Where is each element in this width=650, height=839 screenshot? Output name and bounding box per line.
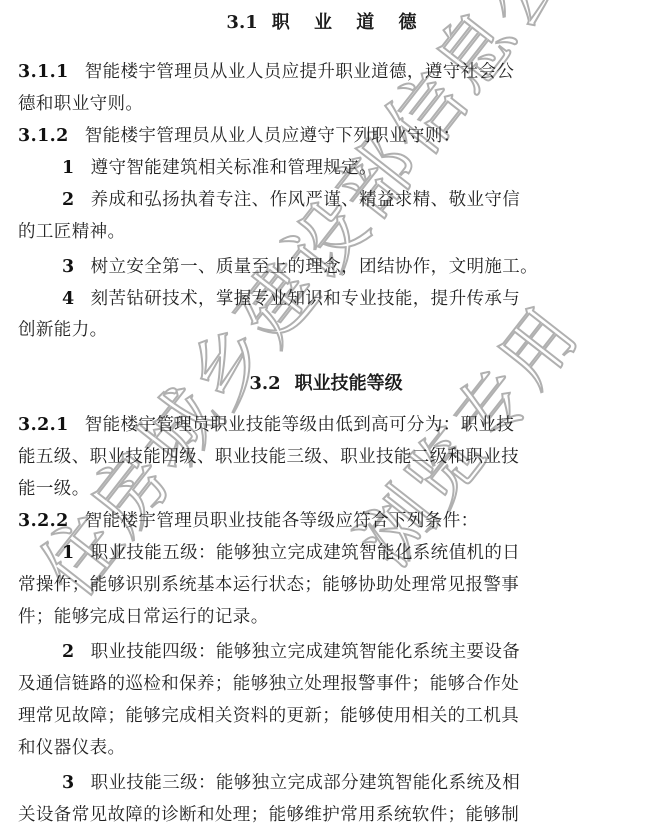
list-item: 4刻苦钻研技术，掌握专业知识和专业技能，提升传承与 <box>62 284 634 314</box>
clause-text: 能一级。 <box>18 479 90 499</box>
item-text: 刻苦钻研技术，掌握专业知识和专业技能，提升传承与 <box>91 289 521 309</box>
item-text: 的工匠精神。 <box>18 222 125 242</box>
item-text: 关设备常见故障的诊断和处理；能够维护常用系统软件；能够制 <box>18 805 519 825</box>
item-text: 常操作；能够识别系统基本运行状态；能够协助处理常见报警事 <box>18 575 519 595</box>
list-item: 2职业技能四级：能够独立完成建筑智能化系统主要设备 <box>62 637 634 667</box>
item-text: 职业技能五级：能够独立完成建筑智能化系统值机的日 <box>91 543 521 563</box>
clause-number: 3.1.1 <box>18 62 69 82</box>
clause-line: 能一级。 <box>18 474 634 504</box>
document-page: 住房城乡建设部信息公开 浏览专用 3.1职 业 道 德 3.1.1智能楼宇管理员… <box>0 0 650 839</box>
clause-text: 智能楼宇管理员从业人员应遵守下列职业守则： <box>85 126 461 146</box>
clause-line: 3.2.2智能楼宇管理员职业技能各等级应符合下列条件： <box>18 506 634 536</box>
clause-line: 德和职业守则。 <box>18 89 634 119</box>
list-item-continuation: 的工匠精神。 <box>18 217 634 247</box>
clause-text: 智能楼宇管理员职业技能等级由低到高可分为：职业技 <box>85 415 515 435</box>
item-text: 职业技能四级：能够独立完成建筑智能化系统主要设备 <box>91 642 521 662</box>
list-item: 1职业技能五级：能够独立完成建筑智能化系统值机的日 <box>62 538 634 568</box>
clause-text: 能五级、职业技能四级、职业技能三级、职业技能二级和职业技 <box>18 447 519 467</box>
section-title: 职 业 道 德 <box>272 12 426 33</box>
item-text: 养成和弘扬执着专注、作风严谨、精益求精、敬业守信 <box>91 190 521 210</box>
section-title: 职业技能等级 <box>295 373 403 394</box>
list-item: 1遵守智能建筑相关标准和管理规定。 <box>62 153 634 183</box>
item-text: 创新能力。 <box>18 320 108 340</box>
clause-line: 3.1.1智能楼宇管理员从业人员应提升职业道德，遵守社会公 <box>18 57 634 87</box>
item-number: 4 <box>62 289 75 309</box>
clause-line: 3.2.1智能楼宇管理员职业技能等级由低到高可分为：职业技 <box>18 410 634 440</box>
list-item-continuation: 理常见故障；能够完成相关资料的更新；能够使用相关的工机具 <box>18 701 634 731</box>
item-text: 件；能够完成日常运行的记录。 <box>18 607 269 627</box>
clause-text: 智能楼宇管理员从业人员应提升职业道德，遵守社会公 <box>85 62 515 82</box>
item-text: 遵守智能建筑相关标准和管理规定。 <box>91 158 377 178</box>
list-item-continuation: 及通信链路的巡检和保养；能够独立处理报警事件；能够合作处 <box>18 669 634 699</box>
item-text: 和仪器仪表。 <box>18 738 125 758</box>
list-item: 3树立安全第一、质量至上的理念，团结协作，文明施工。 <box>62 252 634 282</box>
item-text: 及通信链路的巡检和保养；能够独立处理报警事件；能够合作处 <box>18 674 519 694</box>
clause-number: 3.2.1 <box>18 415 69 435</box>
item-number: 1 <box>62 543 75 563</box>
clause-text: 智能楼宇管理员职业技能各等级应符合下列条件： <box>85 511 479 531</box>
item-number: 2 <box>62 642 75 662</box>
list-item-continuation: 创新能力。 <box>18 315 634 345</box>
item-number: 3 <box>62 773 75 793</box>
clause-number: 3.2.2 <box>18 511 69 531</box>
item-number: 3 <box>62 257 75 277</box>
item-text: 职业技能三级：能够独立完成部分建筑智能化系统及相 <box>91 773 521 793</box>
item-text: 树立安全第一、质量至上的理念，团结协作，文明施工。 <box>91 257 539 277</box>
list-item-continuation: 件；能够完成日常运行的记录。 <box>18 602 634 632</box>
section-heading: 3.2职业技能等级 <box>18 369 634 395</box>
section-heading: 3.1职 业 道 德 <box>18 8 634 34</box>
list-item-continuation: 常操作；能够识别系统基本运行状态；能够协助处理常见报警事 <box>18 570 634 600</box>
list-item-continuation: 关设备常见故障的诊断和处理；能够维护常用系统软件；能够制 <box>18 800 634 830</box>
list-item: 3职业技能三级：能够独立完成部分建筑智能化系统及相 <box>62 768 634 798</box>
item-text: 理常见故障；能够完成相关资料的更新；能够使用相关的工机具 <box>18 706 519 726</box>
clause-line: 能五级、职业技能四级、职业技能三级、职业技能二级和职业技 <box>18 442 634 472</box>
clause-text: 德和职业守则。 <box>18 94 143 114</box>
list-item: 2养成和弘扬执着专注、作风严谨、精益求精、敬业守信 <box>62 185 634 215</box>
clause-number: 3.1.2 <box>18 126 69 146</box>
clause-line: 3.1.2智能楼宇管理员从业人员应遵守下列职业守则： <box>18 121 634 151</box>
section-number: 3.2 <box>249 373 280 394</box>
item-number: 1 <box>62 158 75 178</box>
section-number: 3.1 <box>226 12 257 33</box>
list-item-continuation: 和仪器仪表。 <box>18 733 634 763</box>
item-number: 2 <box>62 190 75 210</box>
